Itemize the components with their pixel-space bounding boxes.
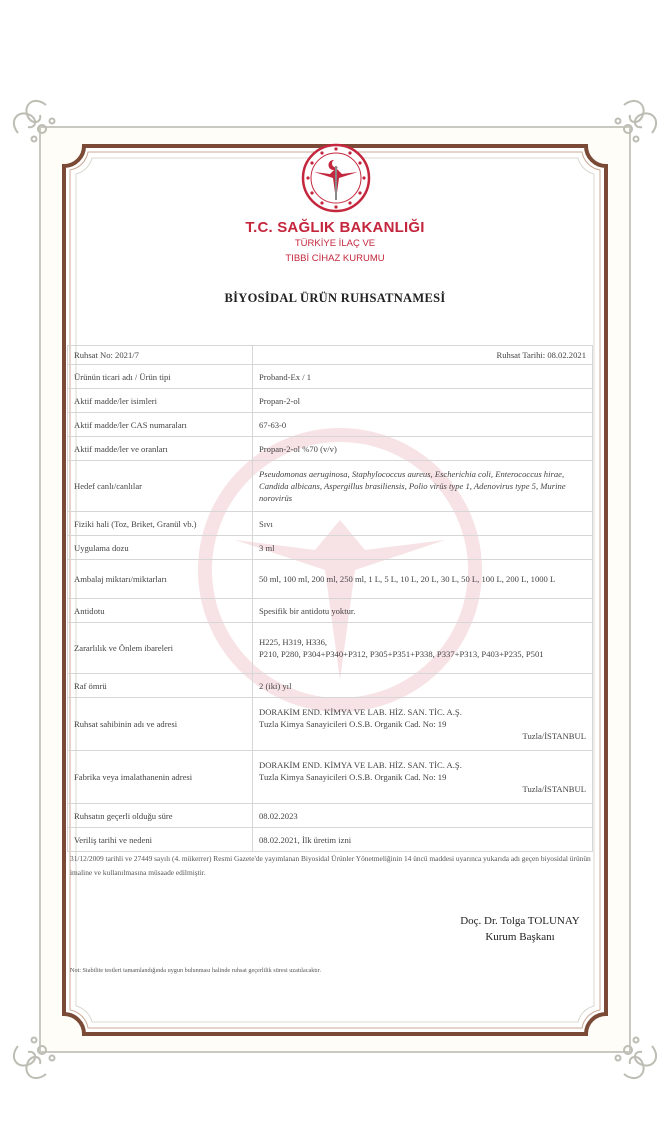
field-label: Aktif madde/ler CAS numaraları — [68, 413, 253, 437]
field-label: Ruhsat sahibinin adı ve adresi — [68, 698, 253, 751]
value-line: Propan-2-ol — [259, 395, 586, 407]
table-row: Veriliş tarihi ve nedeni08.02.2021, İlk … — [68, 828, 593, 852]
field-label: Fiziki hali (Toz, Briket, Granül vb.) — [68, 512, 253, 536]
field-label: Veriliş tarihi ve nedeni — [68, 828, 253, 852]
field-value: Spesifik bir antidotu yoktur. — [253, 599, 593, 623]
value-line: Sıvı — [259, 518, 586, 530]
signatory-role: Kurum Başkanı — [430, 929, 610, 945]
field-value: 08.02.2021, İlk üretim izni — [253, 828, 593, 852]
value-line: Tuzla Kimya Sanayicileri O.S.B. Organik … — [259, 718, 586, 730]
agency-name-line1: TÜRKİYE İLAÇ VE — [0, 238, 670, 249]
value-line: Tuzla Kimya Sanayicileri O.S.B. Organik … — [259, 771, 586, 783]
field-label: Antidotu — [68, 599, 253, 623]
table-row: Zararlılık ve Önlem ibareleriH225, H319,… — [68, 623, 593, 674]
field-label: Fabrika veya imalathanenin adresi — [68, 751, 253, 804]
permit-number: Ruhsat No: 2021/7 — [68, 346, 253, 365]
table-row: AntidotuSpesifik bir antidotu yoktur. — [68, 599, 593, 623]
value-line: 3 ml — [259, 542, 586, 554]
field-label: Ambalaj miktarı/miktarları — [68, 560, 253, 599]
value-city: Tuzla/İSTANBUL — [259, 730, 586, 742]
field-value: Propan-2-ol %70 (v/v) — [253, 437, 593, 461]
table-row: Ruhsat sahibinin adı ve adresiDORAKİM EN… — [68, 698, 593, 751]
value-line: DORAKİM END. KİMYA VE LAB. HİZ. SAN. TİC… — [259, 759, 586, 771]
field-value: 50 ml, 100 ml, 200 ml, 250 ml, 1 L, 5 L,… — [253, 560, 593, 599]
field-value: Sıvı — [253, 512, 593, 536]
signatory-name: Doç. Dr. Tolga TOLUNAY — [430, 913, 610, 929]
value-line: Spesifik bir antidotu yoktur. — [259, 605, 586, 617]
table-row: Hedef canlı/canlılarPseudomonas aerugino… — [68, 461, 593, 512]
table-row: Aktif madde/ler CAS numaraları67-63-0 — [68, 413, 593, 437]
value-line: Pseudomonas aeruginosa, Staphylococcus a… — [259, 468, 586, 504]
value-line: 67-63-0 — [259, 419, 586, 431]
table-row: Ruhsatın geçerli olduğu süre08.02.2023 — [68, 804, 593, 828]
table-row: Aktif madde/ler isimleriPropan-2-ol — [68, 389, 593, 413]
field-value: 3 ml — [253, 536, 593, 560]
permit-table: Ruhsat No: 2021/7 Ruhsat Tarihi: 08.02.2… — [67, 345, 593, 852]
value-line: 08.02.2021, İlk üretim izni — [259, 834, 586, 846]
agency-name-line2: TIBBİ CİHAZ KURUMU — [0, 253, 670, 264]
table-row: Aktif madde/ler ve oranlarıPropan-2-ol %… — [68, 437, 593, 461]
field-value: H225, H319, H336,P210, P280, P304+P340+P… — [253, 623, 593, 674]
permit-document: T.C. SAĞLIK BAKANLIĞI TÜRKİYE İLAÇ VE TI… — [0, 0, 670, 1140]
value-line: DORAKİM END. KİMYA VE LAB. HİZ. SAN. TİC… — [259, 706, 586, 718]
field-label: Zararlılık ve Önlem ibareleri — [68, 623, 253, 674]
field-label: Hedef canlı/canlılar — [68, 461, 253, 512]
field-value: Proband-Ex / 1 — [253, 365, 593, 389]
ministry-logo-icon — [300, 142, 372, 214]
signature-block: Doç. Dr. Tolga TOLUNAY Kurum Başkanı — [430, 913, 610, 945]
value-line: H225, H319, H336, — [259, 636, 586, 648]
table-row: Fabrika veya imalathanenin adresiDORAKİM… — [68, 751, 593, 804]
ministry-name: T.C. SAĞLIK BAKANLIĞI — [0, 219, 670, 236]
value-line: 50 ml, 100 ml, 200 ml, 250 ml, 1 L, 5 L,… — [259, 573, 586, 585]
field-value: DORAKİM END. KİMYA VE LAB. HİZ. SAN. TİC… — [253, 698, 593, 751]
table-row: Fiziki hali (Toz, Briket, Granül vb.)Sıv… — [68, 512, 593, 536]
field-label: Aktif madde/ler isimleri — [68, 389, 253, 413]
table-row: Raf ömrü2 (iki) yıl — [68, 674, 593, 698]
value-line: 08.02.2023 — [259, 810, 586, 822]
field-label: Raf ömrü — [68, 674, 253, 698]
value-line: Proband-Ex / 1 — [259, 371, 586, 383]
table-row: Uygulama dozu3 ml — [68, 536, 593, 560]
value-line: Propan-2-ol %70 (v/v) — [259, 443, 586, 455]
footnote: Not: Stabilite testleri tamamlandığında … — [70, 967, 590, 974]
field-value: 08.02.2023 — [253, 804, 593, 828]
field-value: 67-63-0 — [253, 413, 593, 437]
value-city: Tuzla/İSTANBUL — [259, 783, 586, 795]
permit-header-row: Ruhsat No: 2021/7 Ruhsat Tarihi: 08.02.2… — [68, 346, 593, 365]
field-value: Propan-2-ol — [253, 389, 593, 413]
legal-statement: 31/12/2009 tarihli ve 27449 sayılı (4. m… — [70, 852, 600, 880]
field-label: Ürünün ticari adı / Ürün tipi — [68, 365, 253, 389]
field-value: Pseudomonas aeruginosa, Staphylococcus a… — [253, 461, 593, 512]
table-row: Ambalaj miktarı/miktarları50 ml, 100 ml,… — [68, 560, 593, 599]
value-line: P210, P280, P304+P340+P312, P305+P351+P3… — [259, 648, 586, 660]
permit-date: Ruhsat Tarihi: 08.02.2021 — [253, 346, 593, 365]
field-value: 2 (iki) yıl — [253, 674, 593, 698]
document-title: BİYOSİDAL ÜRÜN RUHSATNAMESİ — [0, 291, 670, 306]
table-row: Ürünün ticari adı / Ürün tipiProband-Ex … — [68, 365, 593, 389]
field-label: Ruhsatın geçerli olduğu süre — [68, 804, 253, 828]
field-label: Uygulama dozu — [68, 536, 253, 560]
field-label: Aktif madde/ler ve oranları — [68, 437, 253, 461]
field-value: DORAKİM END. KİMYA VE LAB. HİZ. SAN. TİC… — [253, 751, 593, 804]
value-line: 2 (iki) yıl — [259, 680, 586, 692]
